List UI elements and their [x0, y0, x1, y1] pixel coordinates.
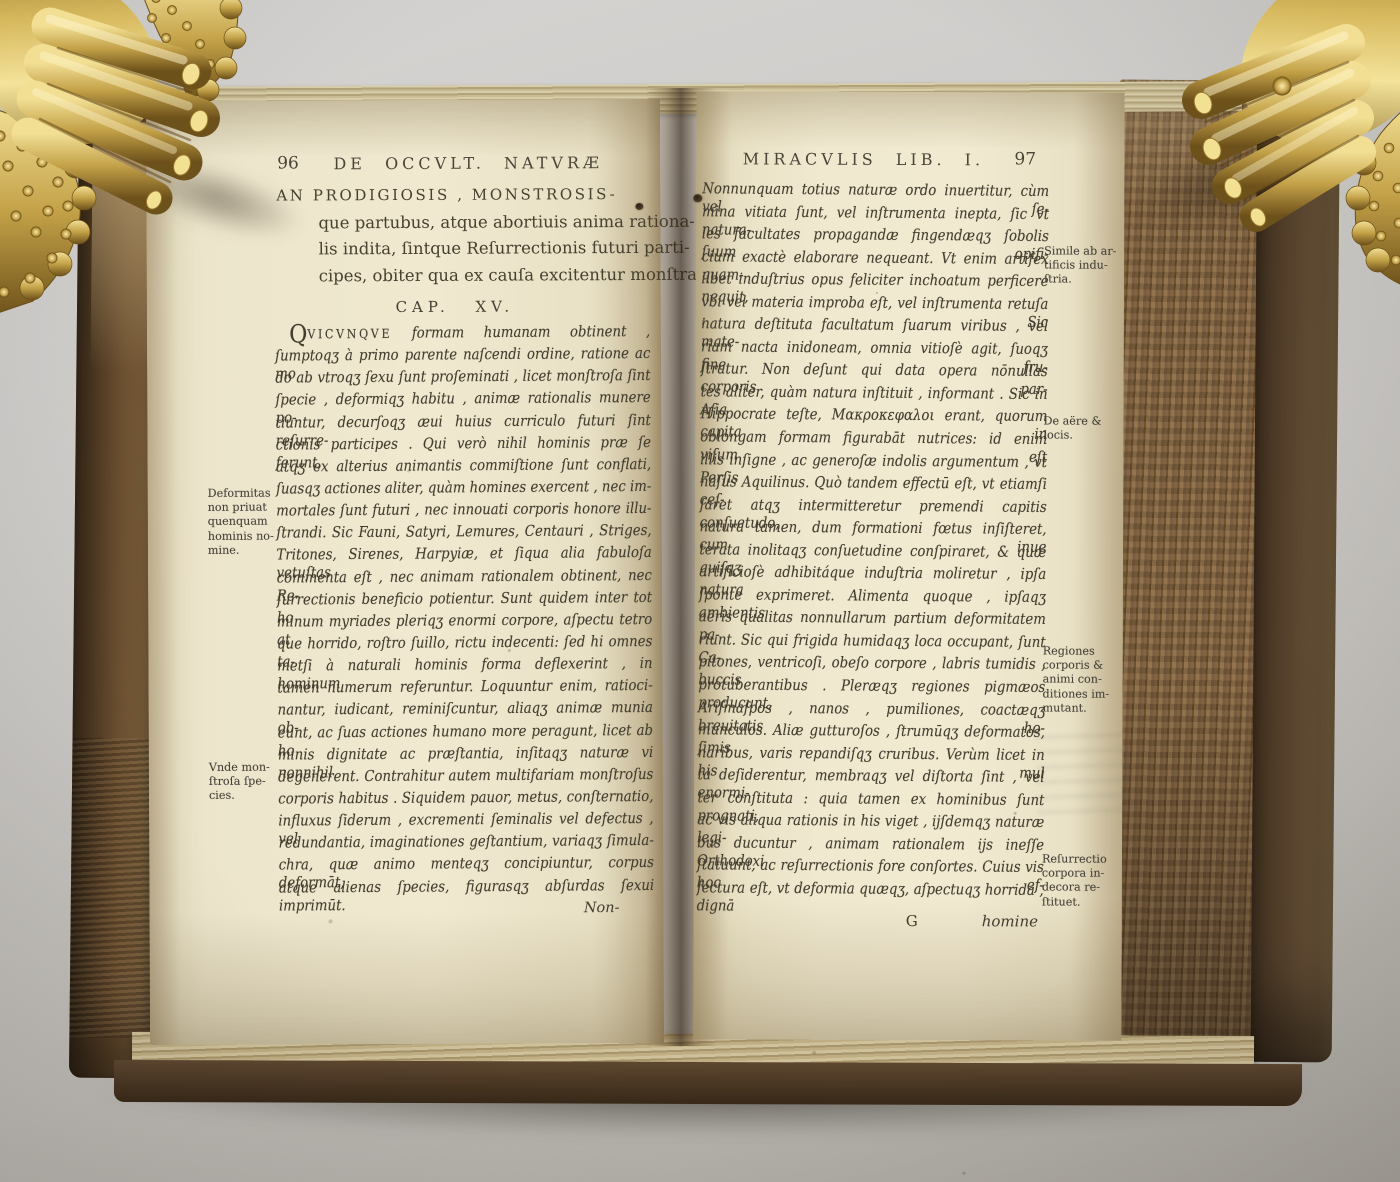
- margin-note-line: cies.: [209, 789, 301, 804]
- right-body-text: Nonnunquam totius naturæ ordo inuertitur…: [697, 179, 1050, 903]
- margin-note-line: corporis &: [1043, 659, 1135, 674]
- text-line: riunt. Sic qui frigida humidaqʒ loca occ…: [699, 630, 1046, 655]
- left-body-text: QVICVNQVE formam humanam obtinent , ſump…: [275, 322, 654, 900]
- foxing-specks: [446, 220, 448, 222]
- text-line: tamen numerum referuntur. Loquuntur enim…: [277, 676, 652, 701]
- book-photo: 96 DE OCCVLT. NATVRÆ AN PRODIGIOSIS , MO…: [0, 0, 1400, 1182]
- right-running-title: MIRACVLIS LIB. I.: [713, 149, 1013, 169]
- ring: [1273, 77, 1291, 95]
- first-line-text: formam humanam obtinent ,: [392, 322, 650, 342]
- right-page: MIRACVLIS LIB. I. 97 Nonnunquam totius n…: [693, 91, 1124, 1040]
- margin-note-line: ditiones im-: [1043, 687, 1135, 702]
- heading-line: cipes, obiter qua ex cauſa excitentur mo…: [275, 264, 667, 292]
- text-line: libet induſtrius opus feliciter inchoatu…: [701, 269, 1048, 294]
- text-line: atqʒ ex alterius animantis commiſtione ſ…: [276, 455, 651, 480]
- text-line: tiuntur, decurſoqʒ æui huius curriculo f…: [276, 411, 651, 436]
- left-catchword: Non-: [549, 900, 619, 916]
- margin-note-line: mutant.: [1042, 701, 1134, 716]
- text-line: ſtatuunt, ac reſurrectionis fore conſort…: [697, 856, 1044, 881]
- margin-note-line: hominis no-: [208, 529, 300, 544]
- gilt-hand-right: [1106, 0, 1400, 318]
- margin-note-de-aere: De aëre &locis.: [1043, 414, 1135, 443]
- text-line: ac vis aliqua rationis in his viget , ij…: [697, 811, 1044, 836]
- drop-initial: Q: [289, 319, 307, 348]
- text-line: ta deſiderentur, membraqʒ vel diſtorta ſ…: [698, 765, 1045, 790]
- text-line: atque alienas ſpecies, figurasqʒ abſurda…: [279, 875, 654, 900]
- incipit-capitals: VICVNQVE: [307, 326, 392, 342]
- margin-note-line: corpora in-: [1042, 867, 1134, 882]
- text-line: protuberantibus . Pleræqʒ regiones pigmæ…: [698, 675, 1045, 700]
- margin-note-line: animi con-: [1043, 673, 1135, 688]
- left-running-title: DE OCCVLT. NATVRÆ: [318, 153, 618, 173]
- heading-line: lis indita, ſintque Reſurrectionis futur…: [275, 238, 667, 266]
- right-folio-number: 97: [1014, 149, 1036, 169]
- text-line: que horrido, roſtro ſuillo, rictu indece…: [277, 632, 652, 657]
- margin-note-line: Reſurrectio: [1042, 852, 1134, 867]
- heading-line: AN PRODIGIOSIS , MONSTROSIS-: [274, 185, 666, 213]
- margin-note-line: ſtituet.: [1042, 895, 1134, 910]
- margin-note-line: mine.: [208, 543, 300, 558]
- text-line: bus ducuntur , animam rationalem ijs ine…: [697, 833, 1044, 858]
- text-line: commenta eſt , nec animam rationalem obt…: [277, 565, 652, 590]
- text-line: minum myriades pleriqʒ enormi corpore, a…: [277, 610, 652, 635]
- text-line: ſurrectionis beneficio potientur. Sunt q…: [277, 588, 652, 613]
- text-line: ter conſtituta : quia tamen ex hominibus…: [697, 788, 1044, 813]
- ink-showthrough: [1035, 733, 1132, 822]
- body-lines: Nonnunquam totius naturæ ordo inuertitur…: [697, 179, 1050, 903]
- right-catchword: homine: [982, 912, 1038, 930]
- text-line: vbi vel materia improba eſt, vel inſtrum…: [701, 292, 1048, 317]
- text-line: ſpecie , deformiqʒ habitu , animæ ration…: [275, 388, 650, 413]
- text-line: corporis habitus . Siquidem pauor, metus…: [278, 787, 653, 812]
- wormhole: [693, 194, 702, 202]
- text-line: nantur, iudicant, reminiſcuntur, aliaqʒ …: [278, 698, 653, 723]
- text-line: mina vitiata ſunt, vel inſtrumenta inept…: [702, 202, 1049, 227]
- text-line: metſi à naturali hominis forma deflexeri…: [277, 654, 652, 679]
- text-line: mortales ſunt futuri , nec innouati corp…: [276, 499, 651, 524]
- margin-note-regiones: Regionescorporis &animi con-ditiones im-…: [1042, 644, 1134, 715]
- text-line: les facultates propagandæ fingendæqʒ ſob…: [702, 224, 1049, 249]
- heading-line: que partubus, atque abortiuis anima rati…: [274, 211, 666, 239]
- text-line: redundantia, imaginationes geſtantium, v…: [278, 831, 653, 856]
- margin-note-line: Deformitas: [208, 486, 300, 501]
- text-line: cium exactè elaborare nequeant. Vt enim …: [702, 247, 1049, 272]
- text-line: chra, quæ animo menteqʒ concipiuntur, co…: [279, 853, 654, 878]
- foxing-specks: [876, 292, 878, 294]
- text-line: oblongam formam figurabāt nutrices: id e…: [700, 427, 1047, 452]
- margin-note-line: ſtroſa ſpe-: [209, 775, 301, 790]
- text-line: aëris qualitas nonnullarum partium defor…: [699, 608, 1046, 633]
- text-line: munculos. Aliæ gutturoſos , ſtrumūqʒ def…: [698, 720, 1045, 745]
- text-line: ſtratur. Non deſunt qui data opera nōnul…: [701, 360, 1048, 385]
- text-line: natura tamen, dum formationi fœtus inſiſ…: [700, 517, 1047, 542]
- book-bottom-board: [114, 1060, 1302, 1106]
- text-line: influxus ſiderum , excrementi ſeminalis …: [278, 809, 653, 834]
- text-line: naribus, varis repandiſqʒ cruribus. Verù…: [698, 743, 1045, 768]
- text-line: terata inolitaqʒ conſuetudine conſpirare…: [699, 540, 1046, 565]
- margin-note-line: locis.: [1043, 429, 1135, 444]
- body-lines: ſumptoqʒ à primo parente naſcendi ordine…: [275, 344, 654, 900]
- body-first-line: QVICVNQVE formam humanam obtinent ,: [275, 322, 650, 347]
- text-line: minis dignitate ac præſtantia, inſitaqʒ …: [278, 743, 653, 768]
- text-line: fectura eſt, vt deformia quæqʒ, aſpectuq…: [697, 878, 1044, 903]
- text-line: natura deſtituta facultatum ſuarum virib…: [701, 315, 1048, 340]
- text-line: ſaret atqʒ intermitteretur premendi capi…: [700, 495, 1047, 520]
- text-line: ſtrandi. Sic Fauni, Satyri, Lemures, Cen…: [276, 521, 651, 546]
- gathering-signature: G: [906, 912, 918, 930]
- text-line: artificioſè adhibitáque induſtria molire…: [699, 563, 1046, 588]
- chapter-heading: AN PRODIGIOSIS , MONSTROSIS-que partubus…: [274, 185, 666, 293]
- text-line: ctionis participes . Qui verò nihil homi…: [276, 433, 651, 458]
- text-line: tes aliter, quàm natura inſtituit , info…: [701, 382, 1048, 407]
- text-line: Nonnunquam totius naturæ ordo inuertitur…: [702, 179, 1049, 204]
- margin-note-line: Vnde mon-: [209, 760, 301, 775]
- wormhole: [635, 203, 643, 210]
- margin-note-vnde-monstrosa: Vnde mon-ſtroſa ſpe-cies.: [209, 760, 301, 803]
- gilt-hand-left: [0, 0, 288, 331]
- text-line: illis inſigne , ac generoſæ indolis argu…: [700, 450, 1047, 475]
- text-line: ſuasqʒ actiones aliter, quàm homines exe…: [276, 477, 651, 502]
- text-line: eunt, ac ſuas actiones humano more perag…: [278, 720, 653, 745]
- text-line: Hippocrate teſte, Μακροκεφαλοι erant, qu…: [700, 405, 1047, 430]
- text-line: do ab vtroqʒ ſexu ſunt proſeminati , lic…: [275, 366, 650, 391]
- margin-note-deformitas: Deformitasnon priuatquenquamhominis no-m…: [208, 486, 300, 557]
- text-line: Tritones, Sirenes, Harpyiæ, et ſiqua ali…: [276, 543, 651, 568]
- margin-note-line: quenquam: [208, 515, 300, 530]
- text-line: ſumptoqʒ à primo parente naſcendi ordine…: [275, 344, 650, 369]
- text-line: riam nacta inidoneam, omnia vitioſè agit…: [701, 337, 1048, 362]
- margin-note-line: decora re-: [1042, 881, 1134, 896]
- text-line: Ariſmaſpos , nanos , pumiliones, coactæq…: [698, 698, 1045, 723]
- text-line: naſus Aquilinus. Quò tandem effectū eſt,…: [700, 472, 1047, 497]
- margin-note-line: non priuat: [208, 501, 300, 516]
- text-line: pitones, ventricoſi, obeſo corpore , lab…: [698, 653, 1045, 678]
- text-line: ſponte exprimeret. Alimenta quoque , ipſ…: [699, 585, 1046, 610]
- text-line: degenerent. Contrahitur autem multifaria…: [278, 765, 653, 790]
- margin-note-resurrectio: Reſurrectiocorpora in-decora re-ſtituet.: [1042, 852, 1134, 909]
- margin-note-line: De aëre &: [1043, 414, 1135, 429]
- chapter-number: CAP. XV.: [275, 297, 635, 317]
- margin-note-line: Regiones: [1043, 644, 1135, 659]
